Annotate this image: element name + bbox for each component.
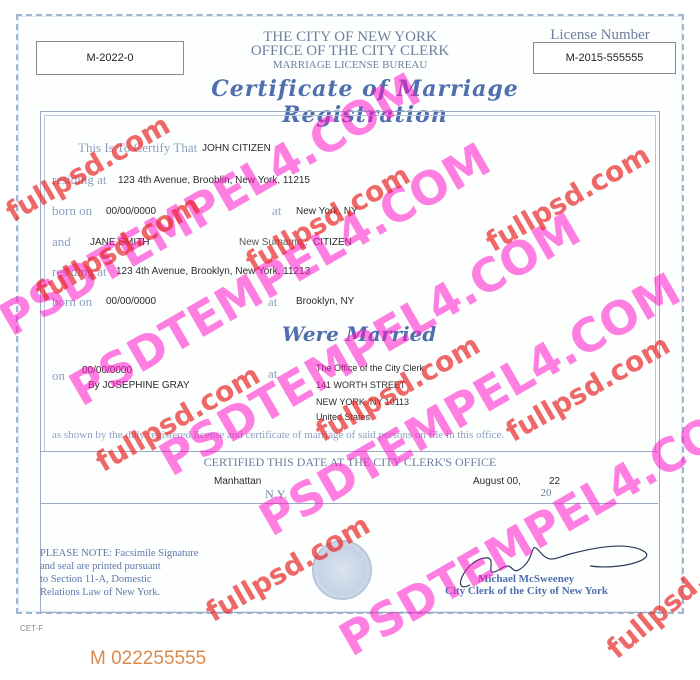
ceremony-location-3: NEW YORK, NY 10113 bbox=[316, 397, 409, 407]
were-married-heading: Were Married bbox=[282, 322, 436, 346]
new-surname-label: New Surname : bbox=[239, 237, 308, 248]
ceremony-location-2: 141 WORTH STREET bbox=[316, 380, 405, 390]
party1-birth-date: 00/00/0000 bbox=[106, 206, 156, 217]
certified-state: N.Y. bbox=[246, 487, 306, 502]
certified-year-prefix: 20 bbox=[536, 487, 556, 499]
party2-name: JANE SMITH bbox=[90, 237, 149, 248]
statement: as shown by the duly registered license … bbox=[52, 429, 504, 441]
form-code: CET-F bbox=[20, 624, 43, 633]
serial-number: M 022255555 bbox=[90, 648, 206, 670]
marriage-date: 00/00/0000 bbox=[82, 365, 132, 376]
party1-born-label: born on bbox=[52, 203, 92, 219]
ceremony-location-1: The Office of the City Clerk bbox=[316, 363, 424, 373]
certify-label: This Is To Certify That bbox=[78, 140, 197, 156]
party2-born-label: born on bbox=[52, 294, 92, 310]
license-number-box: M-2015-555555 bbox=[533, 42, 676, 74]
certified-rule bbox=[41, 503, 658, 504]
party2-at-label: at bbox=[268, 294, 277, 310]
certified-date: August 00, bbox=[473, 476, 521, 487]
header-bureau: MARRIAGE LICENSE BUREAU bbox=[200, 59, 500, 71]
party2-birth-place: Brooklyn, NY bbox=[296, 296, 354, 307]
reference-number: M-2022-0 bbox=[86, 52, 133, 64]
new-surname: CITIZEN bbox=[313, 237, 352, 248]
statement-rule bbox=[41, 451, 658, 452]
note-line-3: to Section 11-A, Domestic bbox=[40, 573, 198, 586]
ceremony-location-4: United States bbox=[316, 412, 370, 422]
officiant: By JOSEPHINE GRAY bbox=[88, 380, 190, 391]
and-label: and bbox=[52, 234, 71, 250]
party1-residing-label: residing at bbox=[52, 172, 107, 188]
reference-number-box: M-2022-0 bbox=[36, 41, 184, 75]
clerk-title: City Clerk of the City of New York bbox=[445, 585, 608, 597]
on-label: on bbox=[52, 368, 65, 384]
party2-address: 123 4th Avenue, Brooklyn, New York, 1121… bbox=[116, 266, 310, 277]
party1-birth-place: New York, NY bbox=[296, 206, 358, 217]
note-line-2: and seal are printed pursuant bbox=[40, 560, 198, 573]
party2-residing-label: residing at bbox=[52, 264, 107, 280]
city-seal-icon bbox=[312, 540, 372, 600]
party1-name: JOHN CITIZEN bbox=[202, 143, 271, 154]
party1-at-label: at bbox=[272, 203, 281, 219]
certified-year-suffix: 22 bbox=[549, 476, 560, 487]
header-office: OFFICE OF THE CITY CLERK bbox=[200, 43, 500, 60]
certified-borough: Manhattan bbox=[214, 476, 261, 487]
note-line-1: PLEASE NOTE: Facsimile Signature bbox=[40, 547, 198, 560]
party1-address: 123 4th Avenue, Brooblin, New York, 1121… bbox=[118, 175, 310, 186]
note-line-4: Relations Law of New York. bbox=[40, 586, 198, 599]
facsimile-note: PLEASE NOTE: Facsimile Signature and sea… bbox=[40, 547, 198, 599]
party2-birth-date: 00/00/0000 bbox=[106, 296, 156, 307]
clerk-name: Michael McSweeney bbox=[478, 573, 574, 585]
ceremony-at-label: at bbox=[268, 366, 277, 382]
certified-heading: CERTIFIED THIS DATE AT THE CITY CLERK'S … bbox=[150, 455, 550, 470]
license-number: M-2015-555555 bbox=[566, 52, 644, 64]
